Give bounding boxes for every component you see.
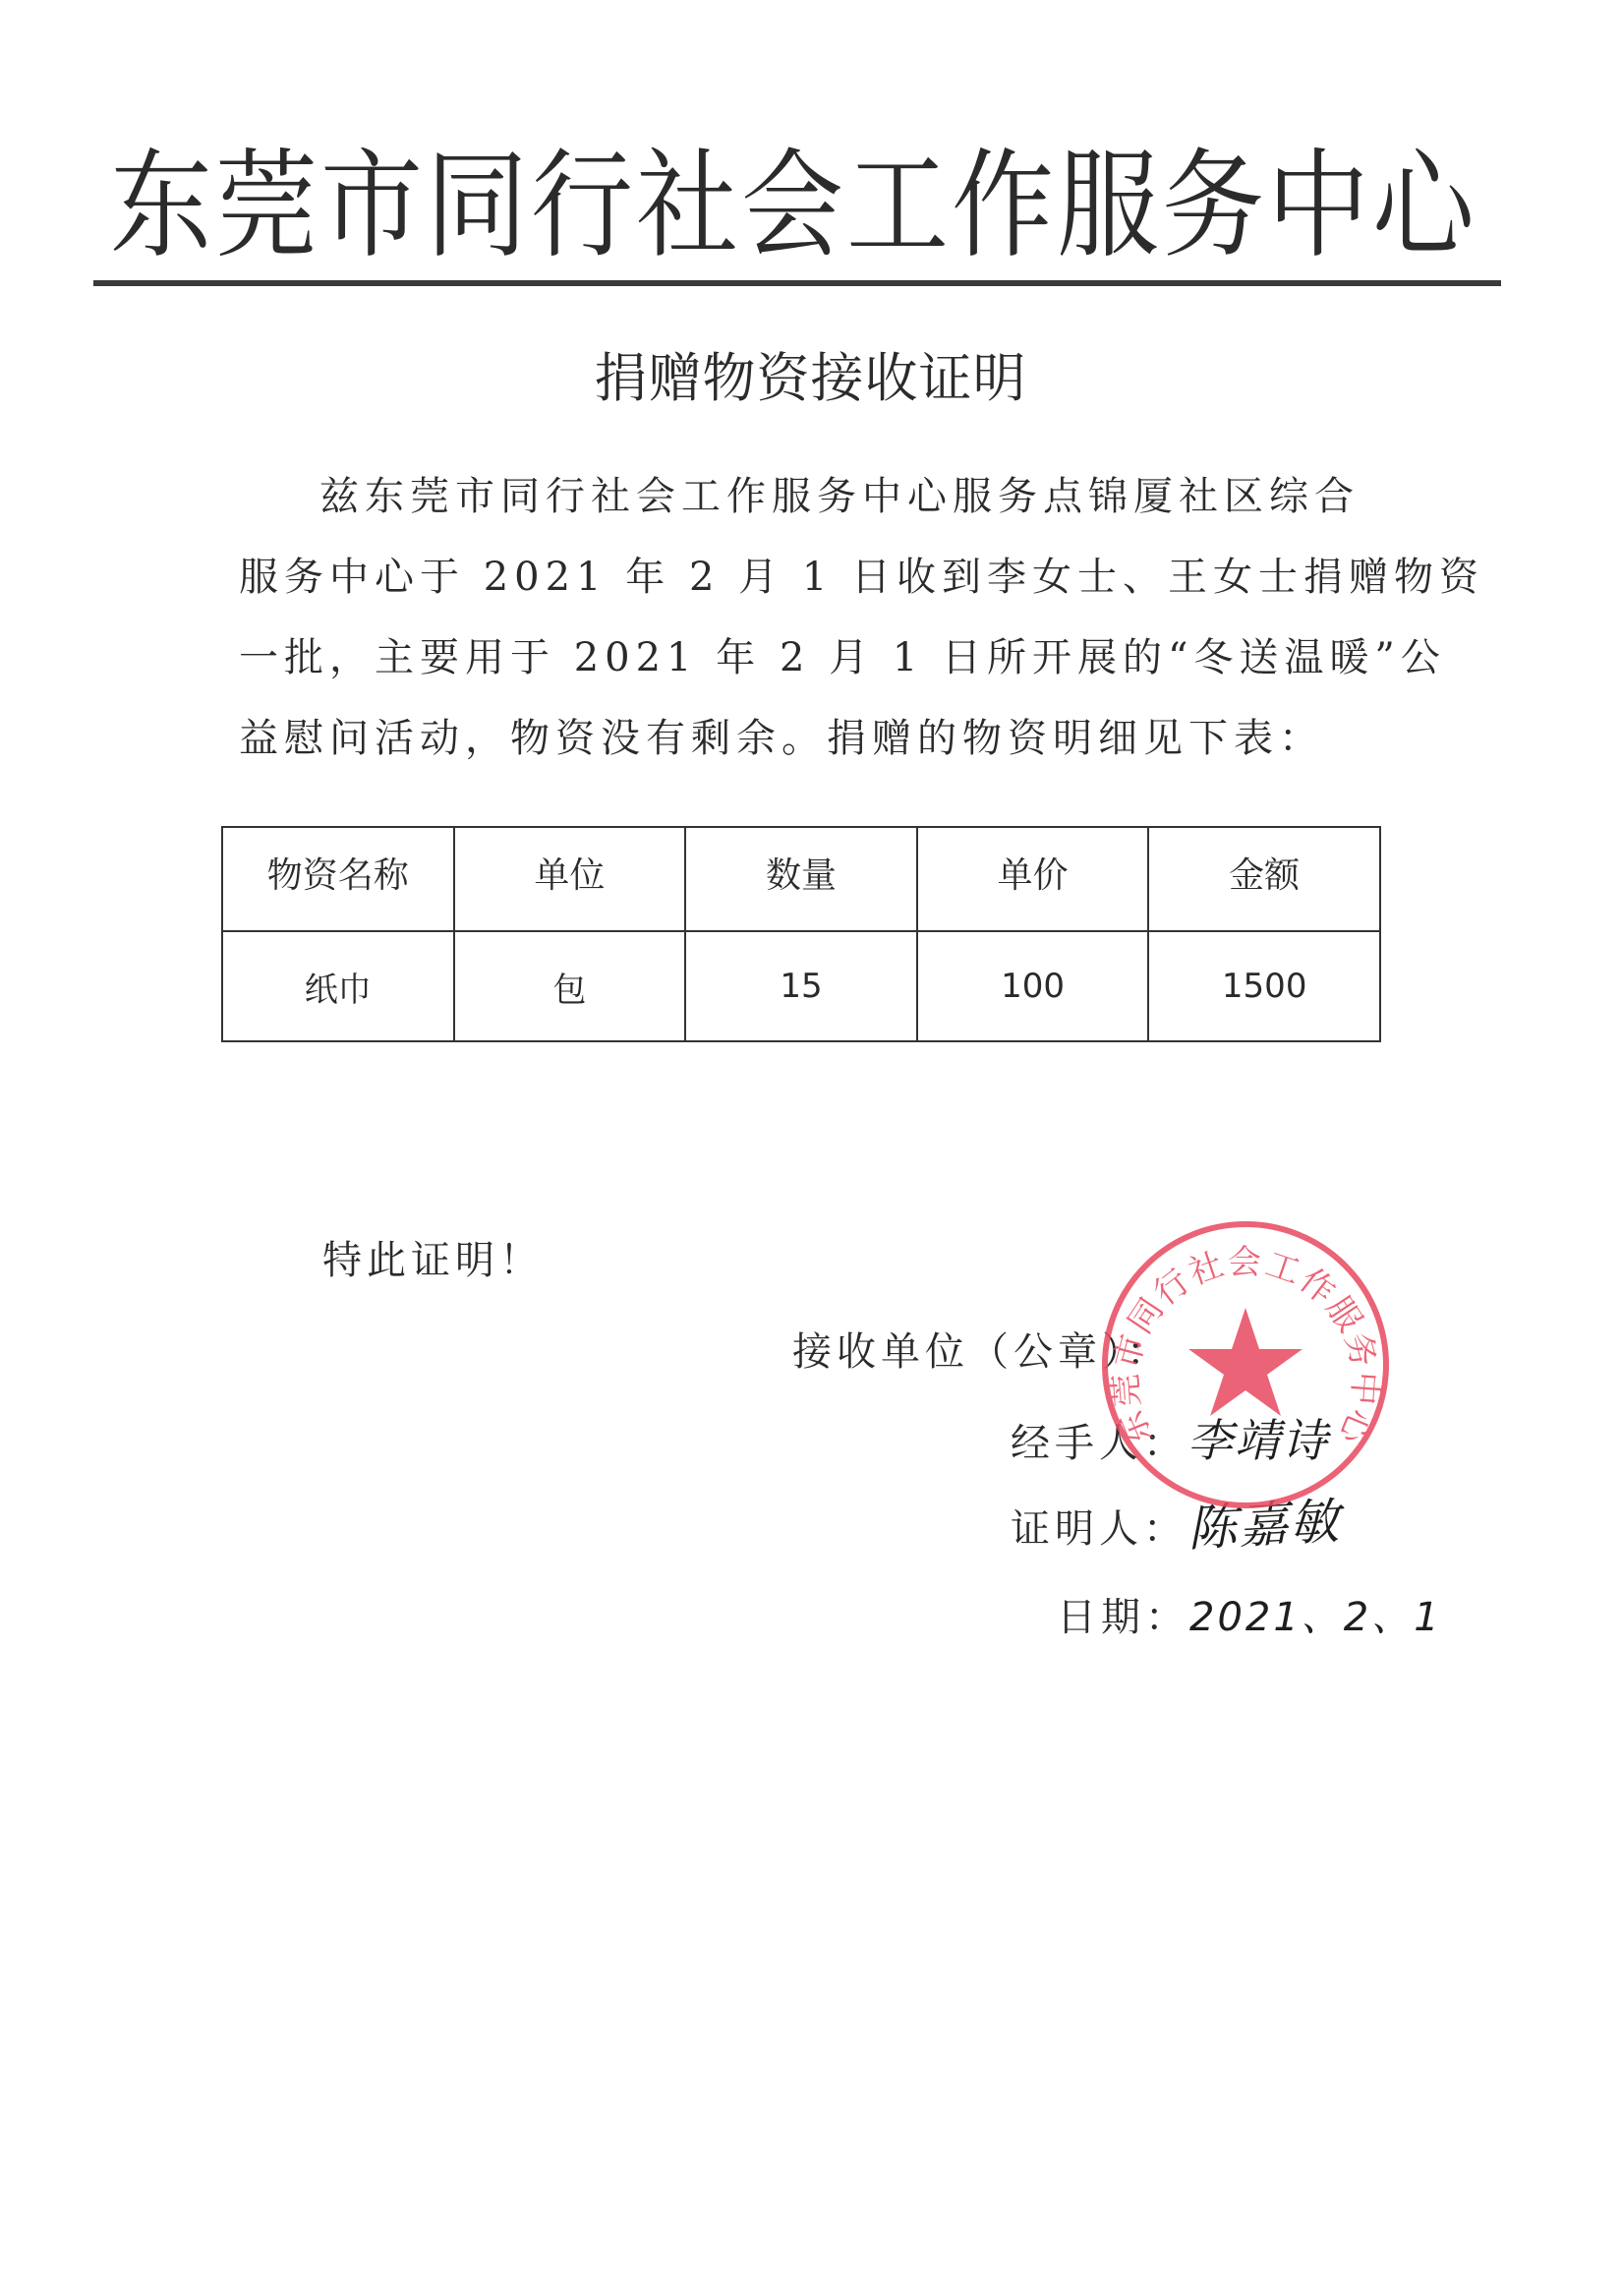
table-row: 纸巾 包 15 100 1500	[222, 931, 1380, 1041]
body-line: 一批，主要用于 2021 年 2 月 1 日所开展的“冬送温暖”公	[239, 618, 1350, 698]
receiver-seal-line: 接收单位（公章）：	[792, 1325, 1171, 1380]
witness-label: 证明人：	[1011, 1506, 1187, 1552]
cell-item-name: 纸巾	[222, 931, 454, 1041]
column-header-unit-price: 单价	[917, 827, 1149, 931]
column-header-item-name: 物资名称	[222, 827, 454, 931]
cell-unit-price: 100	[917, 931, 1149, 1041]
donation-items-table: 物资名称 单位 数量 单价 金额 纸巾 包 15 100 1500	[221, 826, 1381, 1042]
letterhead-divider	[93, 280, 1501, 286]
handler-signature: 李靖诗	[1187, 1414, 1329, 1467]
receiver-label: 接收单位（公章）：	[792, 1329, 1171, 1375]
table-header-row: 物资名称 单位 数量 单价 金额	[222, 827, 1380, 931]
body-line: 兹东莞市同行社会工作服务中心服务点锦厦社区综合	[239, 456, 1350, 537]
handler-line: 经手人：李靖诗	[1011, 1413, 1329, 1471]
org-letterhead-title: 东莞市同行社会工作服务中心	[110, 126, 1496, 284]
date-label: 日期：	[1057, 1595, 1189, 1640]
body-line: 益慰问活动，物资没有剩余。捐赠的物资明细见下表：	[239, 698, 1350, 779]
closing-statement: 特此证明！	[322, 1233, 544, 1288]
body-paragraph: 兹东莞市同行社会工作服务中心服务点锦厦社区综合 服务中心于 2021 年 2 月…	[239, 456, 1350, 779]
body-line: 服务中心于 2021 年 2 月 1 日收到李女士、王女士捐赠物资	[239, 537, 1350, 618]
cell-unit: 包	[454, 931, 686, 1041]
date-value: 2021、2、1	[1189, 1595, 1442, 1640]
witness-signature: 陈嘉敏	[1187, 1494, 1343, 1557]
cell-amount: 1500	[1148, 931, 1380, 1041]
column-header-amount: 金额	[1148, 827, 1380, 931]
witness-line: 证明人：陈嘉敏	[1011, 1498, 1341, 1557]
handler-label: 经手人：	[1011, 1421, 1187, 1466]
date-line: 日期：2021、2、1	[1057, 1590, 1442, 1645]
column-header-unit: 单位	[454, 827, 686, 931]
document-title: 捐赠物资接收证明	[0, 344, 1621, 413]
column-header-quantity: 数量	[685, 827, 917, 931]
star-icon	[1188, 1308, 1303, 1416]
cell-quantity: 15	[685, 931, 917, 1041]
